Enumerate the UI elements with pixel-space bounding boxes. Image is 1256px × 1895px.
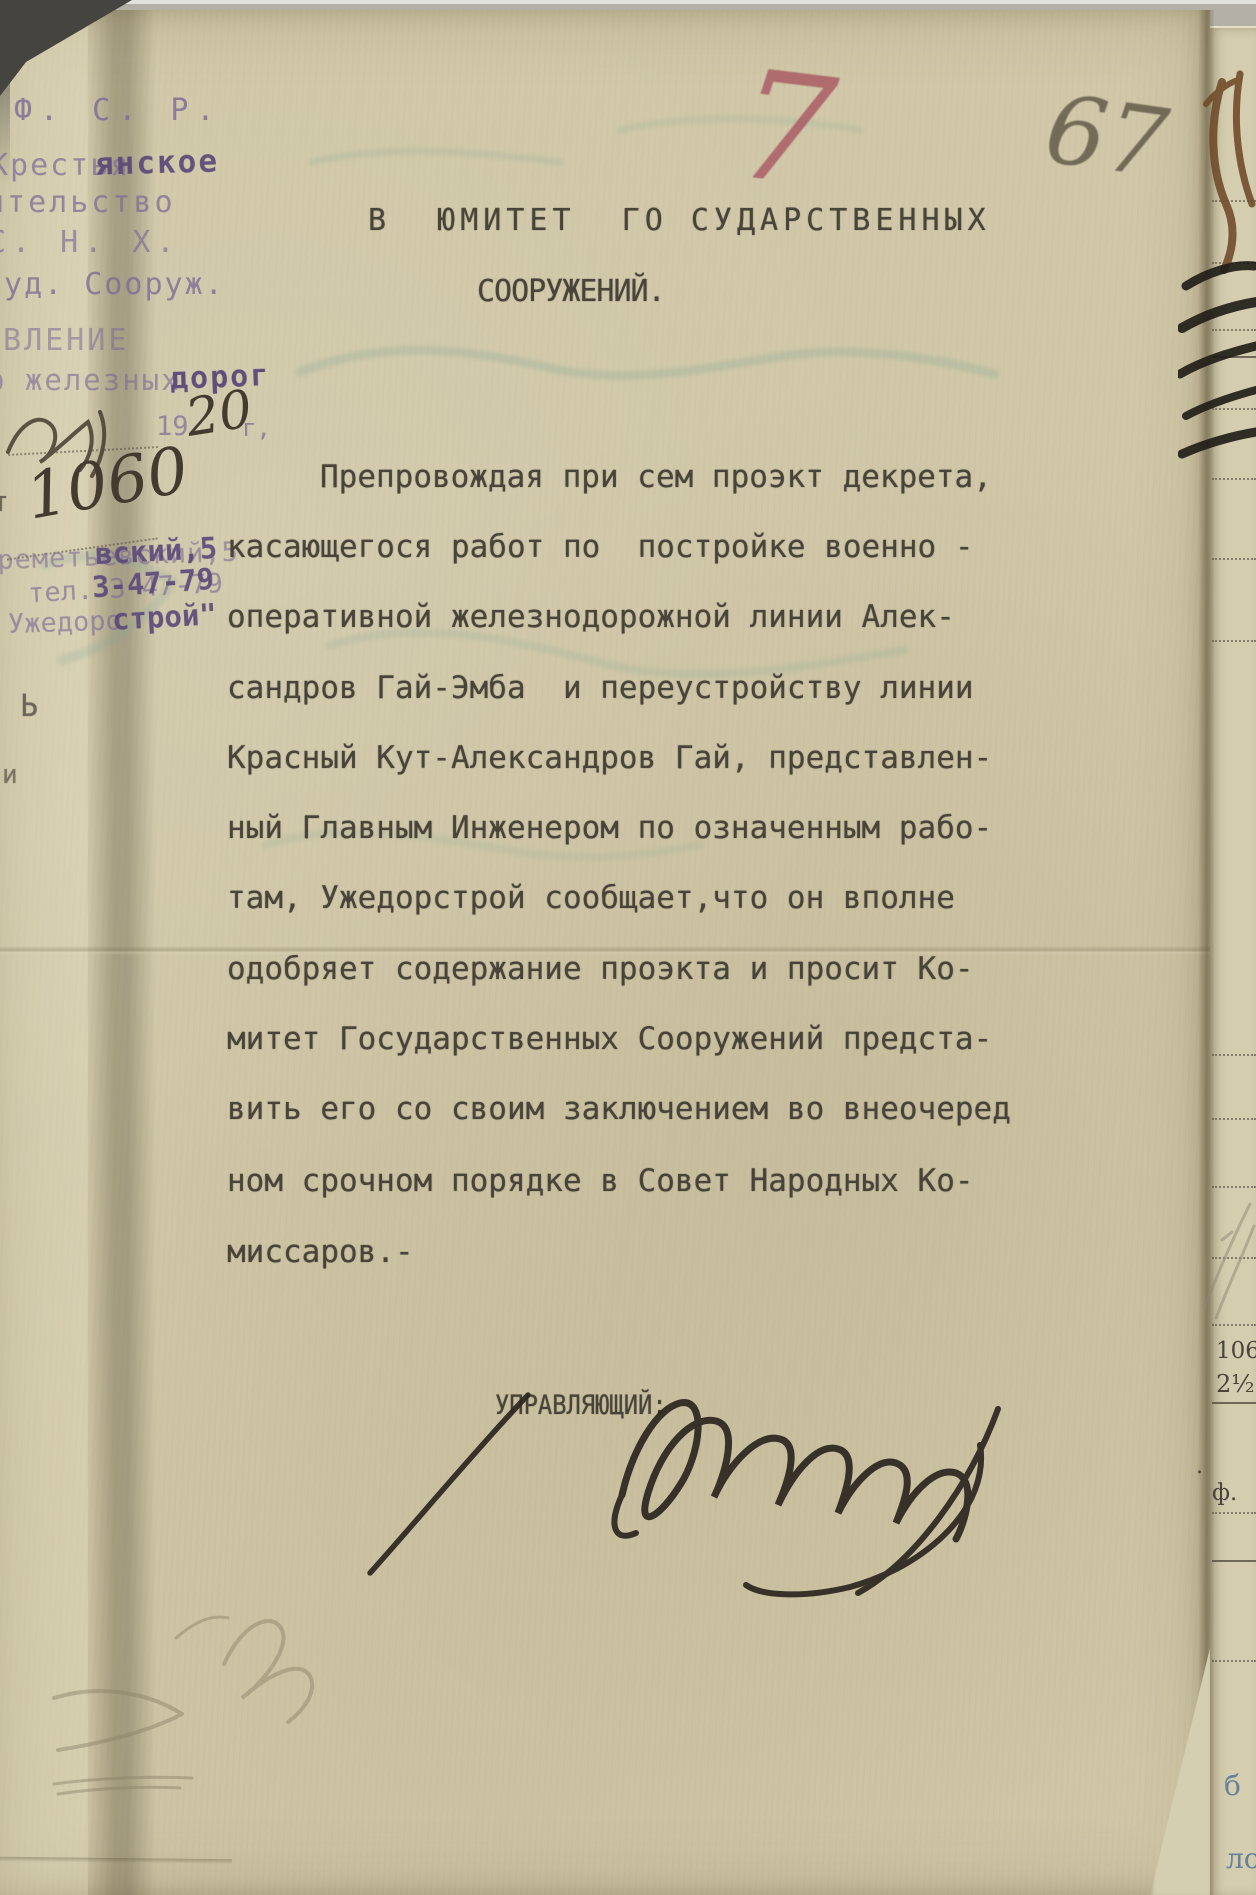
edge-letter-b: Ь: [20, 692, 38, 722]
ruled-line: [1212, 478, 1256, 480]
address-org-overstamp: строй": [111, 600, 217, 634]
letterhead-line-snh: С. Н. Х.: [0, 228, 181, 258]
brown-ink-mark: [1198, 68, 1256, 278]
side-page-number: 1063: [1216, 1340, 1256, 1363]
date-g-suffix: г,: [242, 416, 271, 440]
letterhead-line-itelstvo: ительство: [0, 188, 176, 218]
body-line: касающегося работ по постройке военно -: [227, 532, 974, 563]
side-page-blue-bottom: ло: [1226, 1845, 1256, 1873]
edge-letter-t: т: [0, 488, 9, 516]
body-line: ный Главным Инженером по означенным рабо…: [227, 813, 992, 844]
body-line: ном срочном порядке в Совет Народных Ко-: [227, 1166, 974, 1197]
body-line: одобряет содержание проэкта и просит Ко-: [227, 954, 974, 985]
pencil-marks-right-strip: [1192, 1180, 1256, 1330]
body-line: там, Ужедорстрой сообщает,что он вполне: [227, 883, 955, 914]
side-page-blue-top: б: [1224, 1772, 1241, 1800]
title-line-2: СООРУЖЕНИЙ.: [477, 277, 665, 307]
letterhead-line-fsr: Ф. С. Р.: [14, 96, 223, 126]
manager-signature: [330, 1375, 1030, 1610]
body-line: миссаров.-: [227, 1237, 414, 1268]
body-line: митет Государственных Сооружений предста…: [227, 1024, 992, 1055]
body-line: Красный Кут-Александров Гай, представлен…: [227, 743, 992, 774]
pencil-scribble-bottom-left: [28, 1598, 358, 1808]
ruled-line: [1212, 1402, 1256, 1404]
ruled-line: [1212, 640, 1256, 642]
letterhead-line-avlenie: АВЛЕНИЕ: [0, 326, 129, 356]
pencil-number-67: 67: [1040, 82, 1173, 193]
ruled-line: [1212, 1512, 1256, 1514]
black-cursive-strokes: [1178, 258, 1256, 468]
ruled-line: [1212, 1054, 1256, 1056]
body-line: Препровождая при сем проэкт декрета,: [320, 462, 992, 493]
side-page-f-letter: ф.: [1212, 1482, 1237, 1505]
address-org: Ужедоро: [8, 607, 123, 638]
document-scan: Ф. С. Р. Крестья янское ительство С. Н. …: [0, 0, 1256, 1895]
body-line: вить его со своим заключением во внеочер…: [227, 1094, 1011, 1125]
address-phone-overstamp: 3-47-79: [91, 565, 215, 602]
ruled-line: [1212, 1660, 1256, 1662]
title-line-1: В ЮМИТЕТ ГО СУДАРСТВЕННЫХ: [368, 206, 991, 236]
ruled-line: [1212, 1560, 1256, 1562]
body-line: сандров Гай-Эмба и переустройству линии: [227, 673, 974, 704]
edge-letter-i: и: [2, 762, 18, 788]
letterhead-line-krest-overstamp: янское: [95, 146, 220, 180]
ruled-line: [1212, 558, 1256, 560]
ruled-line: [1212, 1118, 1256, 1120]
letterhead-line-zheleznyh: ю железных: [0, 366, 181, 395]
red-pencil-number: 7: [729, 50, 842, 211]
letterhead-line-sooruzh: суд. Сооруж.: [0, 270, 225, 300]
side-page-fraction: 2½: [1216, 1372, 1255, 1396]
body-line: оперативной железнодорожной линии Алек-: [227, 602, 955, 633]
side-page-dot: .: [1196, 1456, 1203, 1478]
